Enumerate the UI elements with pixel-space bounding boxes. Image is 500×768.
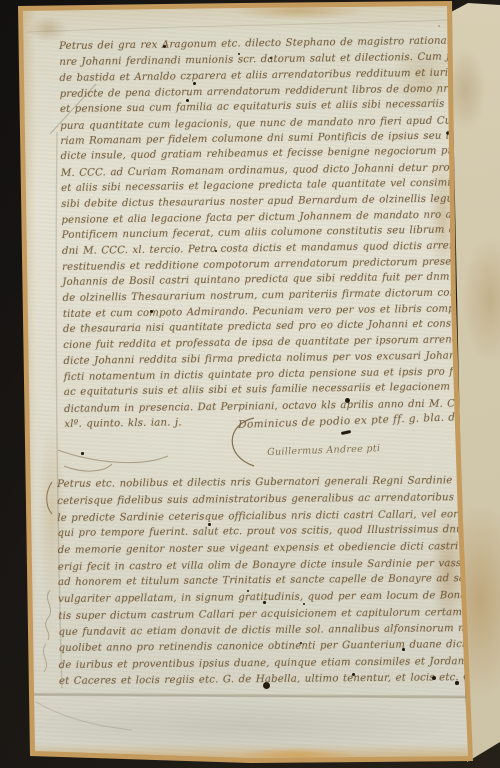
stain [228,2,368,20]
top-crease [26,20,450,32]
parchment-surface: Petrus dei gra rex Aragonum etc. dilecto… [0,0,500,768]
stain [238,748,354,761]
ink-speck [186,99,189,102]
stain [16,0,36,768]
stain [38,700,442,752]
ink-speck [303,603,305,605]
ink-speck [150,310,153,313]
margin-squiggle [43,644,46,672]
ink-speck [263,601,266,604]
bottom-crease [36,702,132,730]
date-swash [58,450,168,463]
manuscript-photo: Petrus dei gra rex Aragonum etc. dilecto… [0,0,500,768]
ink-speck [270,57,272,59]
latin-paragraph-2: Petrus etc. nobilibus et dilectis nris G… [57,476,455,692]
ink-speck [81,452,84,455]
margin-flourish [64,464,112,471]
ink-speck [436,92,438,94]
ink-speck [444,60,446,62]
latin-paragraph-1: Petrus dei gra rex Aragonum etc. dilecto… [59,37,456,435]
ink-speck [215,250,217,252]
ink-speck [247,590,249,592]
stain [28,16,68,42]
ink-speck [432,676,436,680]
paragraph-paren [47,482,52,514]
horizontal-fold-crease [26,693,468,700]
ink-speck [208,523,211,526]
ink-speck [402,648,405,651]
ink-speck [193,82,196,85]
ink-speck [455,681,459,685]
margin-squiggle [46,590,51,640]
stain [24,6,452,32]
manuscript-page: Petrus dei gra rex Aragonum etc. dilecto… [0,0,500,768]
ink-speck [345,398,350,403]
ink-speck [163,45,166,48]
ink-speck [352,673,355,676]
stain [22,744,478,760]
manuscript-line: et Caceres et locis regiis etc. G. de Ha… [59,672,455,692]
ink-speck [300,642,302,644]
ink-speck [263,682,270,689]
ink-speck [238,53,240,55]
ink-speck [438,25,440,27]
